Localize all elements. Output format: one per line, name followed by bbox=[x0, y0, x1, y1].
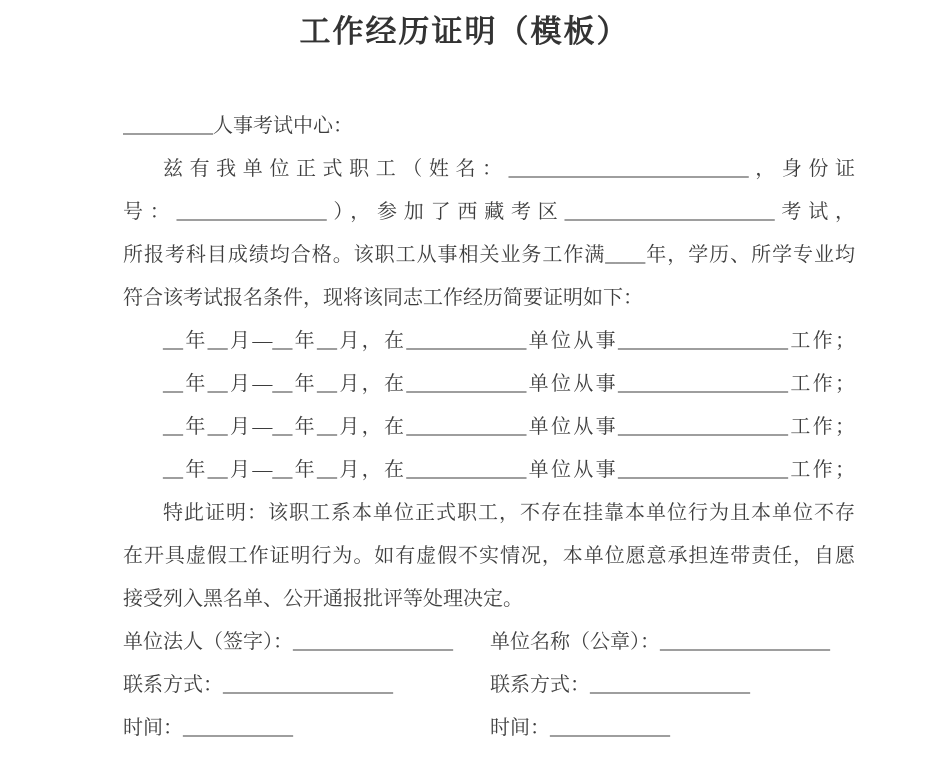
date-field-right: 时间：____________ bbox=[490, 707, 855, 750]
intro-line-3: 所报考科目成绩均合格。该职工从事相关业务工作满____年，学历、所学专业均 bbox=[123, 234, 855, 277]
company-name-seal-field: 单位名称（公章）：_________________ bbox=[490, 621, 855, 664]
contact-field-right: 联系方式：________________ bbox=[490, 664, 855, 707]
intro-line-4: 符合该考试报名条件，现将该同志工作经历简要证明如下： bbox=[123, 277, 855, 320]
legal-person-signature-field: 单位法人（签字）：________________ bbox=[123, 621, 490, 664]
signature-row-1: 单位法人（签字）：________________ 单位名称（公章）：_____… bbox=[123, 621, 855, 664]
declaration-line-3: 接受列入黑名单、公开通报批评等处理决定。 bbox=[123, 578, 855, 621]
intro-line-1: 兹有我单位正式职工（姓名：________________________，身份… bbox=[123, 148, 855, 191]
work-history-line: __年__月—__年__月，在____________单位从事_________… bbox=[123, 406, 855, 449]
salutation-line: _________人事考试中心： bbox=[123, 105, 855, 148]
work-history-line: __年__月—__年__月，在____________单位从事_________… bbox=[123, 320, 855, 363]
work-history-line: __年__月—__年__月，在____________单位从事_________… bbox=[123, 363, 855, 406]
declaration-line-1: 特此证明：该职工系本单位正式职工，不存在挂靠本单位行为且本单位不存 bbox=[123, 492, 855, 535]
signature-row-2: 联系方式：_________________ 联系方式：____________… bbox=[123, 664, 855, 707]
document-body: _________人事考试中心： 兹有我单位正式职工（姓名：__________… bbox=[0, 105, 929, 750]
signature-row-3: 时间：___________ 时间：____________ bbox=[123, 707, 855, 750]
date-field-left: 时间：___________ bbox=[123, 707, 490, 750]
document-title: 工作经历证明（模板） bbox=[0, 0, 929, 51]
contact-field-left: 联系方式：_________________ bbox=[123, 664, 490, 707]
work-history-line: __年__月—__年__月，在____________单位从事_________… bbox=[123, 449, 855, 492]
declaration-line-2: 在开具虚假工作证明行为。如有虚假不实情况，本单位愿意承担连带责任，自愿 bbox=[123, 535, 855, 578]
certificate-page: 工作经历证明（模板） _________人事考试中心： 兹有我单位正式职工（姓名… bbox=[0, 0, 929, 761]
intro-line-2: 号：_______________），参加了西藏考区______________… bbox=[123, 191, 855, 234]
